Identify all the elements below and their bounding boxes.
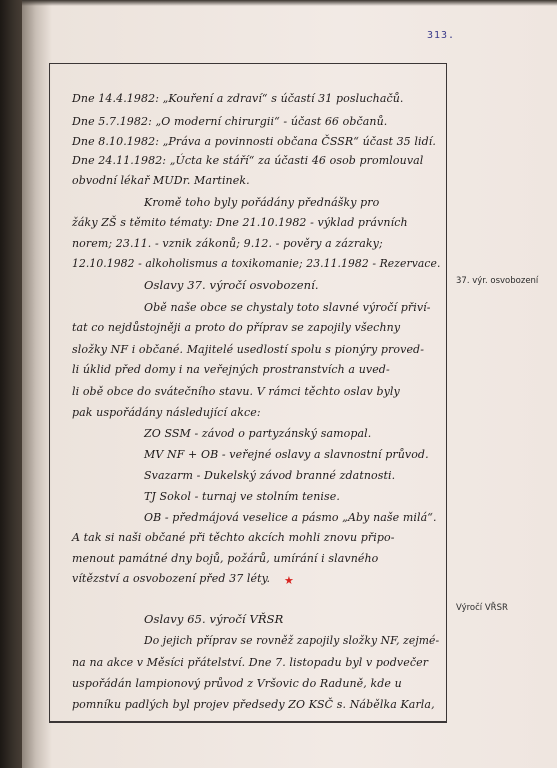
margin-note-liberation: 37. výr. osvobození — [456, 276, 538, 286]
event-list-item: Svazarm - Dukelský závod branné zdatnost… — [144, 469, 395, 482]
text-line: 12.10.1982 - alkoholismus a toxikomanie;… — [72, 257, 440, 270]
text-line: složky NF i občané. Majitelé usedlostí s… — [72, 343, 424, 356]
section-heading-liberation: Oslavy 37. výročí osvobození. — [144, 278, 319, 292]
text-line: Dne 14.4.1982: „Kouření a zdraví“ s účas… — [72, 92, 404, 105]
text-line: li úklid před domy i na veřejných prostr… — [72, 363, 390, 376]
text-line: na na akce v Měsíci přátelství. Dne 7. l… — [72, 656, 428, 669]
event-list-item: OB - předmájová veselice a pásmo „Aby na… — [144, 511, 437, 524]
text-line: pomníku padlých byl projev předsedy ZO K… — [72, 698, 435, 711]
text-line: menout památné dny bojů, požárů, umírání… — [72, 552, 378, 565]
text-line: obvodní lékař MUDr. Martinek. — [72, 174, 250, 187]
text-line: tat co nejdůstojněji a proto do příprav … — [72, 321, 400, 334]
event-list-item: MV NF + OB - veřejné oslavy a slavnostní… — [144, 448, 429, 461]
event-list-item: TJ Sokol - turnaj ve stolním tenise. — [144, 490, 340, 503]
page-top-shadow — [22, 0, 557, 6]
section-heading-vrsr: Oslavy 65. výročí VŘSR — [144, 612, 283, 626]
text-line: A tak si naši občané při těchto akcích m… — [72, 531, 395, 544]
text-line: Dne 8.10.1982: „Práva a povinnosti občan… — [72, 135, 436, 148]
text-line: Kromě toho byly pořádány přednášky pro — [144, 196, 379, 209]
text-line: Do jejich příprav se rovněž zapojily slo… — [144, 634, 439, 647]
text-line: Obě naše obce se chystaly toto slavné vý… — [144, 301, 431, 314]
event-list-item: ZO SSM - závod o partyzánský samopal. — [144, 427, 371, 440]
text-line: vítězství a osvobození před 37 léty. — [72, 572, 270, 585]
text-line: uspořádán lampionový průvod z Vršovic do… — [72, 677, 402, 690]
text-line: norem; 23.11. - vznik zákonů; 9.12. - po… — [72, 237, 383, 250]
text-line: Dne 5.7.1982: „O moderní chirurgii“ - úč… — [72, 115, 387, 128]
text-line: li obě obce do svátečního stavu. V rámci… — [72, 385, 400, 398]
red-star-icon: ★ — [284, 574, 294, 587]
notebook-page: 313. Dne 14.4.1982: „Kouření a zdraví“ s… — [22, 0, 557, 768]
text-line: pak uspořádány následující akce: — [72, 406, 261, 419]
book-spine — [0, 0, 24, 768]
text-line: Dne 24.11.1982: „Úcta ke stáří“ za účast… — [72, 154, 423, 167]
margin-note-vrsr: Výročí VŘSR — [456, 603, 508, 613]
text-line: žáky ZŠ s těmito tématy: Dne 21.10.1982 … — [72, 216, 408, 229]
page-number: 313. — [427, 30, 455, 41]
